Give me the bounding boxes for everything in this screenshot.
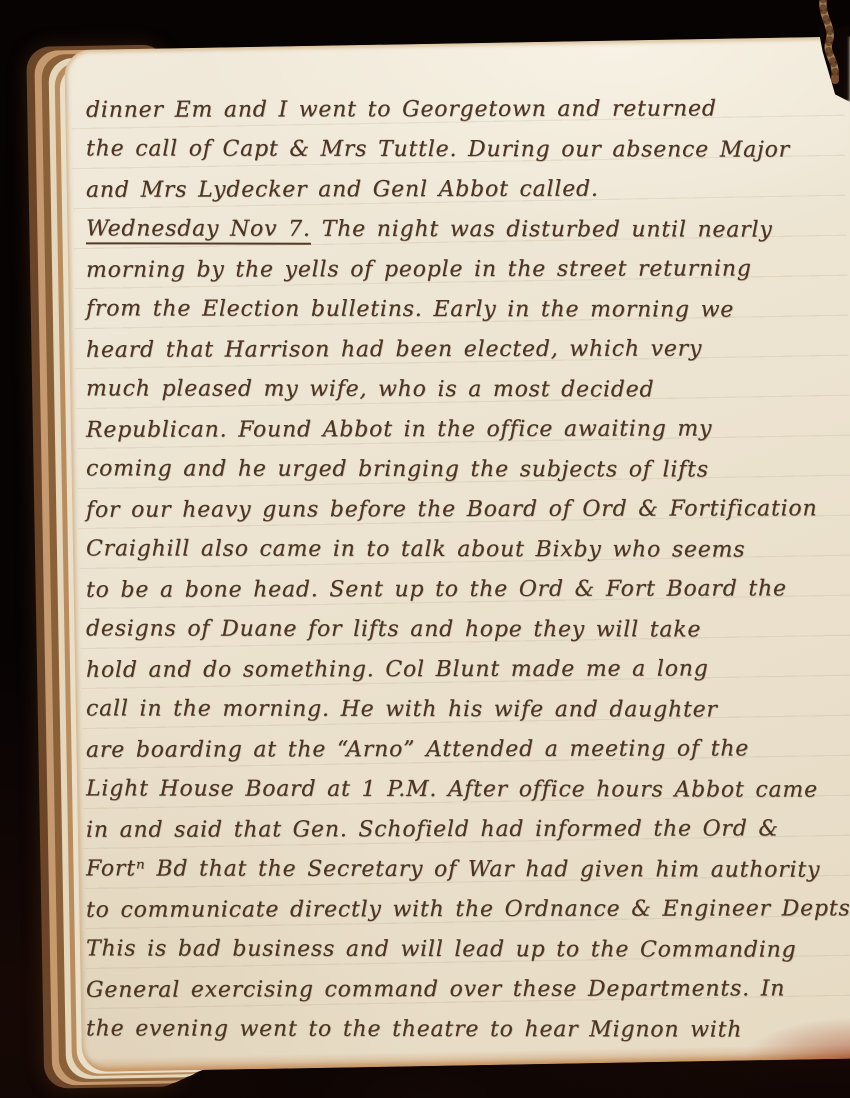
manuscript-line: much pleased my wife, who is a most deci… [86, 369, 830, 410]
manuscript-line: General exercising command over these De… [86, 969, 830, 1011]
manuscript-line: designs of Duane for lifts and hope they… [86, 609, 830, 650]
manuscript-line: Light House Board at 1 P.M. After office… [86, 769, 830, 810]
manuscript-line: dinner Em and I went to Georgetown and r… [86, 89, 830, 131]
manuscript-line: to be a bone head. Sent up to the Ord & … [86, 569, 830, 611]
manuscript-line: hold and do something. Col Blunt made me… [86, 649, 830, 691]
manuscript-line: in and said that Gen. Schofield had info… [86, 809, 830, 851]
manuscript-line: call in the morning. He with his wife an… [86, 689, 830, 730]
binding-cord [795, 0, 850, 90]
manuscript-line: the evening went to the theatre to hear … [86, 1009, 830, 1050]
manuscript-line: the call of Capt & Mrs Tuttle. During ou… [86, 129, 830, 170]
manuscript-line: for our heavy guns before the Board of O… [86, 489, 830, 531]
manuscript-line: This is bad business and will lead up to… [86, 929, 830, 970]
manuscript-line: and Mrs Lydecker and Genl Abbot called. [86, 169, 830, 211]
photographed-diary-page: dinner Em and I went to Georgetown and r… [0, 0, 850, 1098]
manuscript-line: heard that Harrison had been elected, wh… [86, 329, 830, 371]
manuscript-line: are boarding at the “Arno” Attended a me… [86, 729, 830, 771]
manuscript-line: Craighill also came in to talk about Bix… [86, 529, 830, 570]
manuscript-text: dinner Em and I went to Georgetown and r… [86, 90, 830, 1050]
manuscript-line: morning by the yells of people in the st… [86, 249, 830, 291]
manuscript-line: Wednesday Nov 7.The night was disturbed … [86, 209, 830, 250]
manuscript-line: to communicate directly with the Ordnanc… [86, 889, 830, 931]
manuscript-line: from the Election bulletins. Early in th… [86, 289, 830, 330]
entry-date-heading: Wednesday Nov 7. [86, 216, 311, 244]
manuscript-line: Republican. Found Abbot in the office aw… [86, 409, 830, 451]
manuscript-line: coming and he urged bringing the subject… [86, 449, 830, 490]
manuscript-line: Fortⁿ Bd that the Secretary of War had g… [86, 849, 830, 890]
